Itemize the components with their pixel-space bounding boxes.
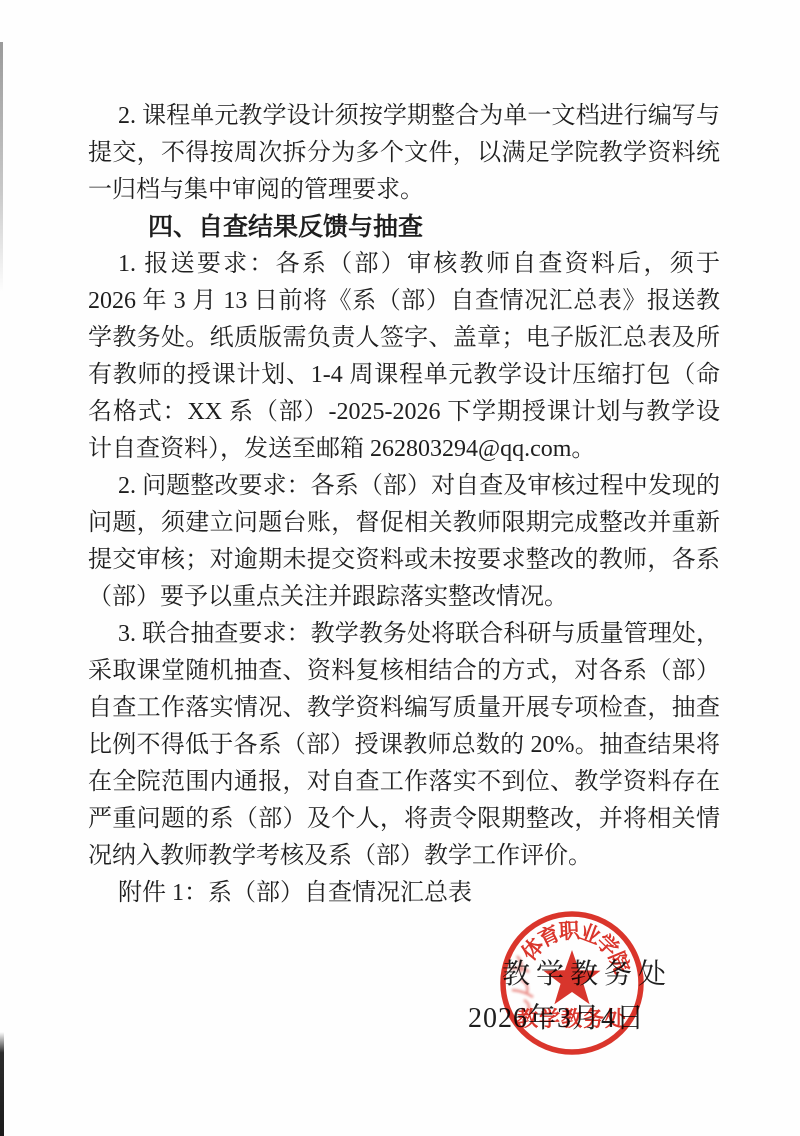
seal-illegible-smudge: [510, 956, 533, 1012]
document-body: 2. 课程单元教学设计须按学期整合为单一文档进行编写与提交，不得按周次拆分为多个…: [88, 98, 720, 912]
scan-edge-artifact-top: [0, 42, 3, 292]
section-heading-4: 四、自查结果反馈与抽查: [88, 209, 720, 246]
star-icon: [544, 950, 601, 1004]
paragraph-joint-inspection-requirement: 3. 联合抽查要求：教学教务处将联合科研与质量管理处，采取课堂随机抽查、资料复核…: [88, 616, 720, 875]
scan-edge-artifact-bottom: [0, 1032, 4, 1136]
scanned-notice-page: 2. 课程单元教学设计须按学期整合为单一文档进行编写与提交，不得按周次拆分为多个…: [0, 0, 800, 1136]
paragraph-report-requirement: 1. 报送要求：各系（部）审核教师自查资料后，须于 2026 年 3 月 13 …: [88, 246, 720, 468]
paragraph-unit-design-rule: 2. 课程单元教学设计须按学期整合为单一文档进行编写与提交，不得按周次拆分为多个…: [88, 98, 720, 209]
seal-bottom-text: 教学教务处: [517, 1007, 627, 1031]
official-red-seal: 体 育 职 业 学 院 教学教务处: [497, 908, 647, 1058]
attachment-line: 附件 1：系（部）自查情况汇总表: [88, 875, 720, 912]
paragraph-rectification-requirement: 2. 问题整改要求：各系（部）对自查及审核过程中发现的问题，须建立问题台账，督促…: [88, 468, 720, 616]
